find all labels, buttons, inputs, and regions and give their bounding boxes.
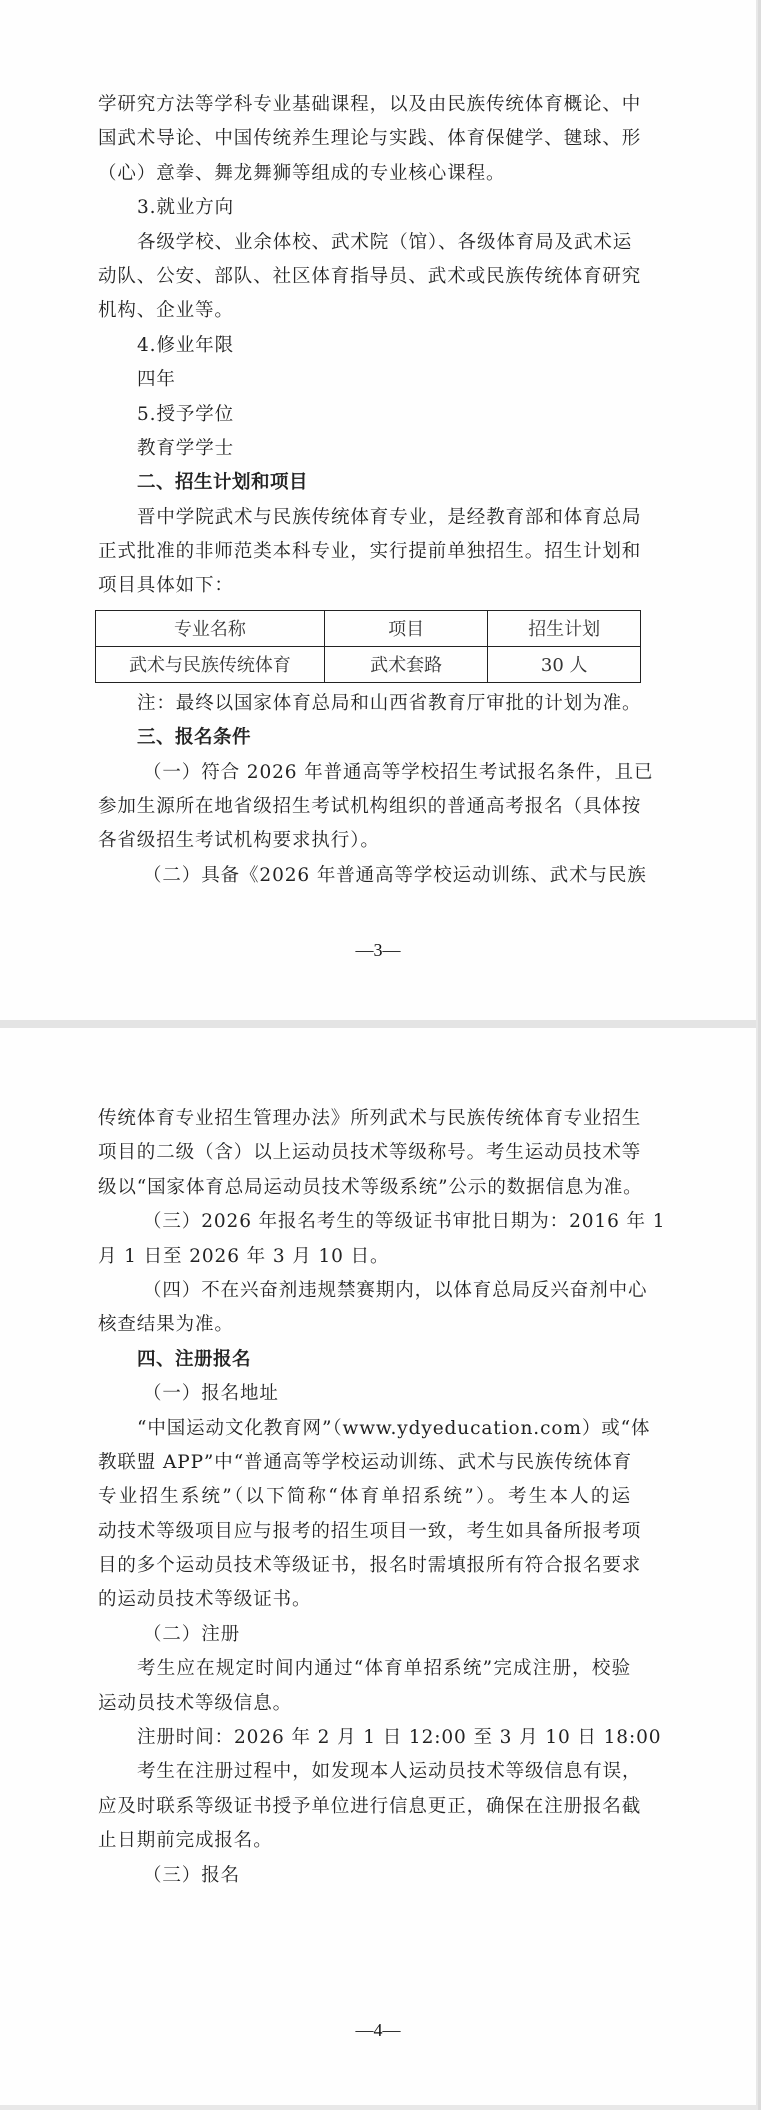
text-line: 各级学校、业余体校、武术院（馆）、各级体育局及武术运 (98, 226, 631, 260)
text-line: （心）意拳、舞龙舞狮等组成的专业核心课程。 (98, 157, 631, 191)
text-line: 动队、公安、部队、社区体育指导员、武术或民族传统体育研究 (98, 260, 631, 294)
subheading-apply: （三）报名 (98, 1859, 631, 1893)
document-page-3: 学研究方法等学科专业基础课程，以及由民族传统体育概论、中 国武术导论、中国传统养… (0, 0, 756, 1020)
document-viewer[interactable]: 学研究方法等学科专业基础课程，以及由民族传统体育概论、中 国武术导论、中国传统养… (0, 0, 758, 2110)
text-line: 参加生源所在地省级招生考试机构组织的普通高考报名（具体按 (98, 790, 631, 824)
table-cell: 30 人 (488, 646, 641, 682)
text-line: 核查结果为准。 (98, 1308, 631, 1342)
registration-time: 注册时间：2026 年 2 月 1 日 12:00 至 3 月 10 日 18:… (98, 1721, 631, 1755)
text-line: 项目的二级（含）以上运动员技术等级称号。考生运动员技术等 (98, 1136, 631, 1170)
text-line: 应及时联系等级证书授予单位进行信息更正，确保在注册报名截 (98, 1790, 631, 1824)
page-number: —4— (0, 2020, 756, 2041)
text-line: 机构、企业等。 (98, 294, 631, 328)
subheading-employment: 3.就业方向 (98, 191, 631, 225)
text-line: 运动员技术等级信息。 (98, 1687, 631, 1721)
subheading-degree: 5.授予学位 (98, 398, 631, 432)
text-line: 教育学学士 (98, 432, 631, 466)
section-heading-conditions: 三、报名条件 (98, 721, 631, 755)
text-line: 国武术导论、中国传统养生理论与实践、体育保健学、毽球、形 (98, 122, 631, 156)
page-number: —3— (0, 940, 756, 961)
table-header-cell: 项目 (324, 610, 488, 646)
section-heading-plan: 二、招生计划和项目 (98, 466, 631, 500)
text-line: （一）符合 2026 年普通高等学校招生考试报名条件，且已 (98, 756, 631, 790)
text-line: 各省级招生考试机构要求执行）。 (98, 824, 631, 858)
section-heading-registration: 四、注册报名 (98, 1343, 631, 1377)
table-row: 武术与民族传统体育 武术套路 30 人 (96, 646, 641, 682)
text-line: 正式批准的非师范类本科专业，实行提前单独招生。招生计划和 (98, 535, 631, 569)
text-line: 止日期前完成报名。 (98, 1824, 631, 1858)
text-line: 级以“国家体育总局运动员技术等级系统”公示的数据信息为准。 (98, 1171, 631, 1205)
text-line: 考生在注册过程中，如发现本人运动员技术等级信息有误， (98, 1755, 631, 1789)
text-line: 教联盟 APP”中“普通高等学校运动训练、武术与民族传统体育 (98, 1446, 631, 1480)
page-separator (0, 1020, 756, 1028)
table-header-row: 专业名称 项目 招生计划 (96, 610, 641, 646)
text-line: （三）2026 年报名考生的等级证书审批日期为：2016 年 1 (98, 1205, 631, 1239)
page-4-content: 传统体育专业招生管理办法》所列武术与民族传统体育专业招生 项目的二级（含）以上运… (98, 1102, 631, 1893)
page-3-content: 学研究方法等学科专业基础课程，以及由民族传统体育概论、中 国武术导论、中国传统养… (98, 88, 631, 893)
text-line: 学研究方法等学科专业基础课程，以及由民族传统体育概论、中 (98, 88, 631, 122)
subheading-register: （二）注册 (98, 1618, 631, 1652)
text-line: 月 1 日至 2026 年 3 月 10 日。 (98, 1240, 631, 1274)
text-line: 项目具体如下： (98, 569, 631, 603)
text-line: 传统体育专业招生管理办法》所列武术与民族传统体育专业招生 (98, 1102, 631, 1136)
enrollment-plan-table: 专业名称 项目 招生计划 武术与民族传统体育 武术套路 30 人 (95, 610, 641, 683)
table-cell: 武术套路 (324, 646, 488, 682)
text-line: （四）不在兴奋剂违规禁赛期内，以体育总局反兴奋剂中心 (98, 1274, 631, 1308)
text-line: 动技术等级项目应与报考的招生项目一致，考生如具备所报考项 (98, 1515, 631, 1549)
subheading-duration: 4.修业年限 (98, 329, 631, 363)
table-header-cell: 专业名称 (96, 610, 325, 646)
subheading-address: （一）报名地址 (98, 1377, 631, 1411)
text-line: 专业招生系统”（以下简称“体育单招系统”）。考生本人的运 (98, 1480, 631, 1514)
text-line: 考生应在规定时间内通过“体育单招系统”完成注册，校验 (98, 1652, 631, 1686)
text-line: （二）具备《2026 年普通高等学校运动训练、武术与民族 (98, 859, 631, 893)
text-line: “中国运动文化教育网”（www.ydyeducation.com）或“体 (98, 1412, 631, 1446)
text-line: 的运动员技术等级证书。 (98, 1583, 631, 1617)
table-header-cell: 招生计划 (488, 610, 641, 646)
text-line: 晋中学院武术与民族传统体育专业，是经教育部和体育总局 (98, 501, 631, 535)
text-line: 目的多个运动员技术等级证书，报名时需填报所有符合报名要求 (98, 1549, 631, 1583)
table-cell: 武术与民族传统体育 (96, 646, 325, 682)
text-line: 四年 (98, 363, 631, 397)
table-note: 注：最终以国家体育总局和山西省教育厅审批的计划为准。 (98, 687, 631, 721)
